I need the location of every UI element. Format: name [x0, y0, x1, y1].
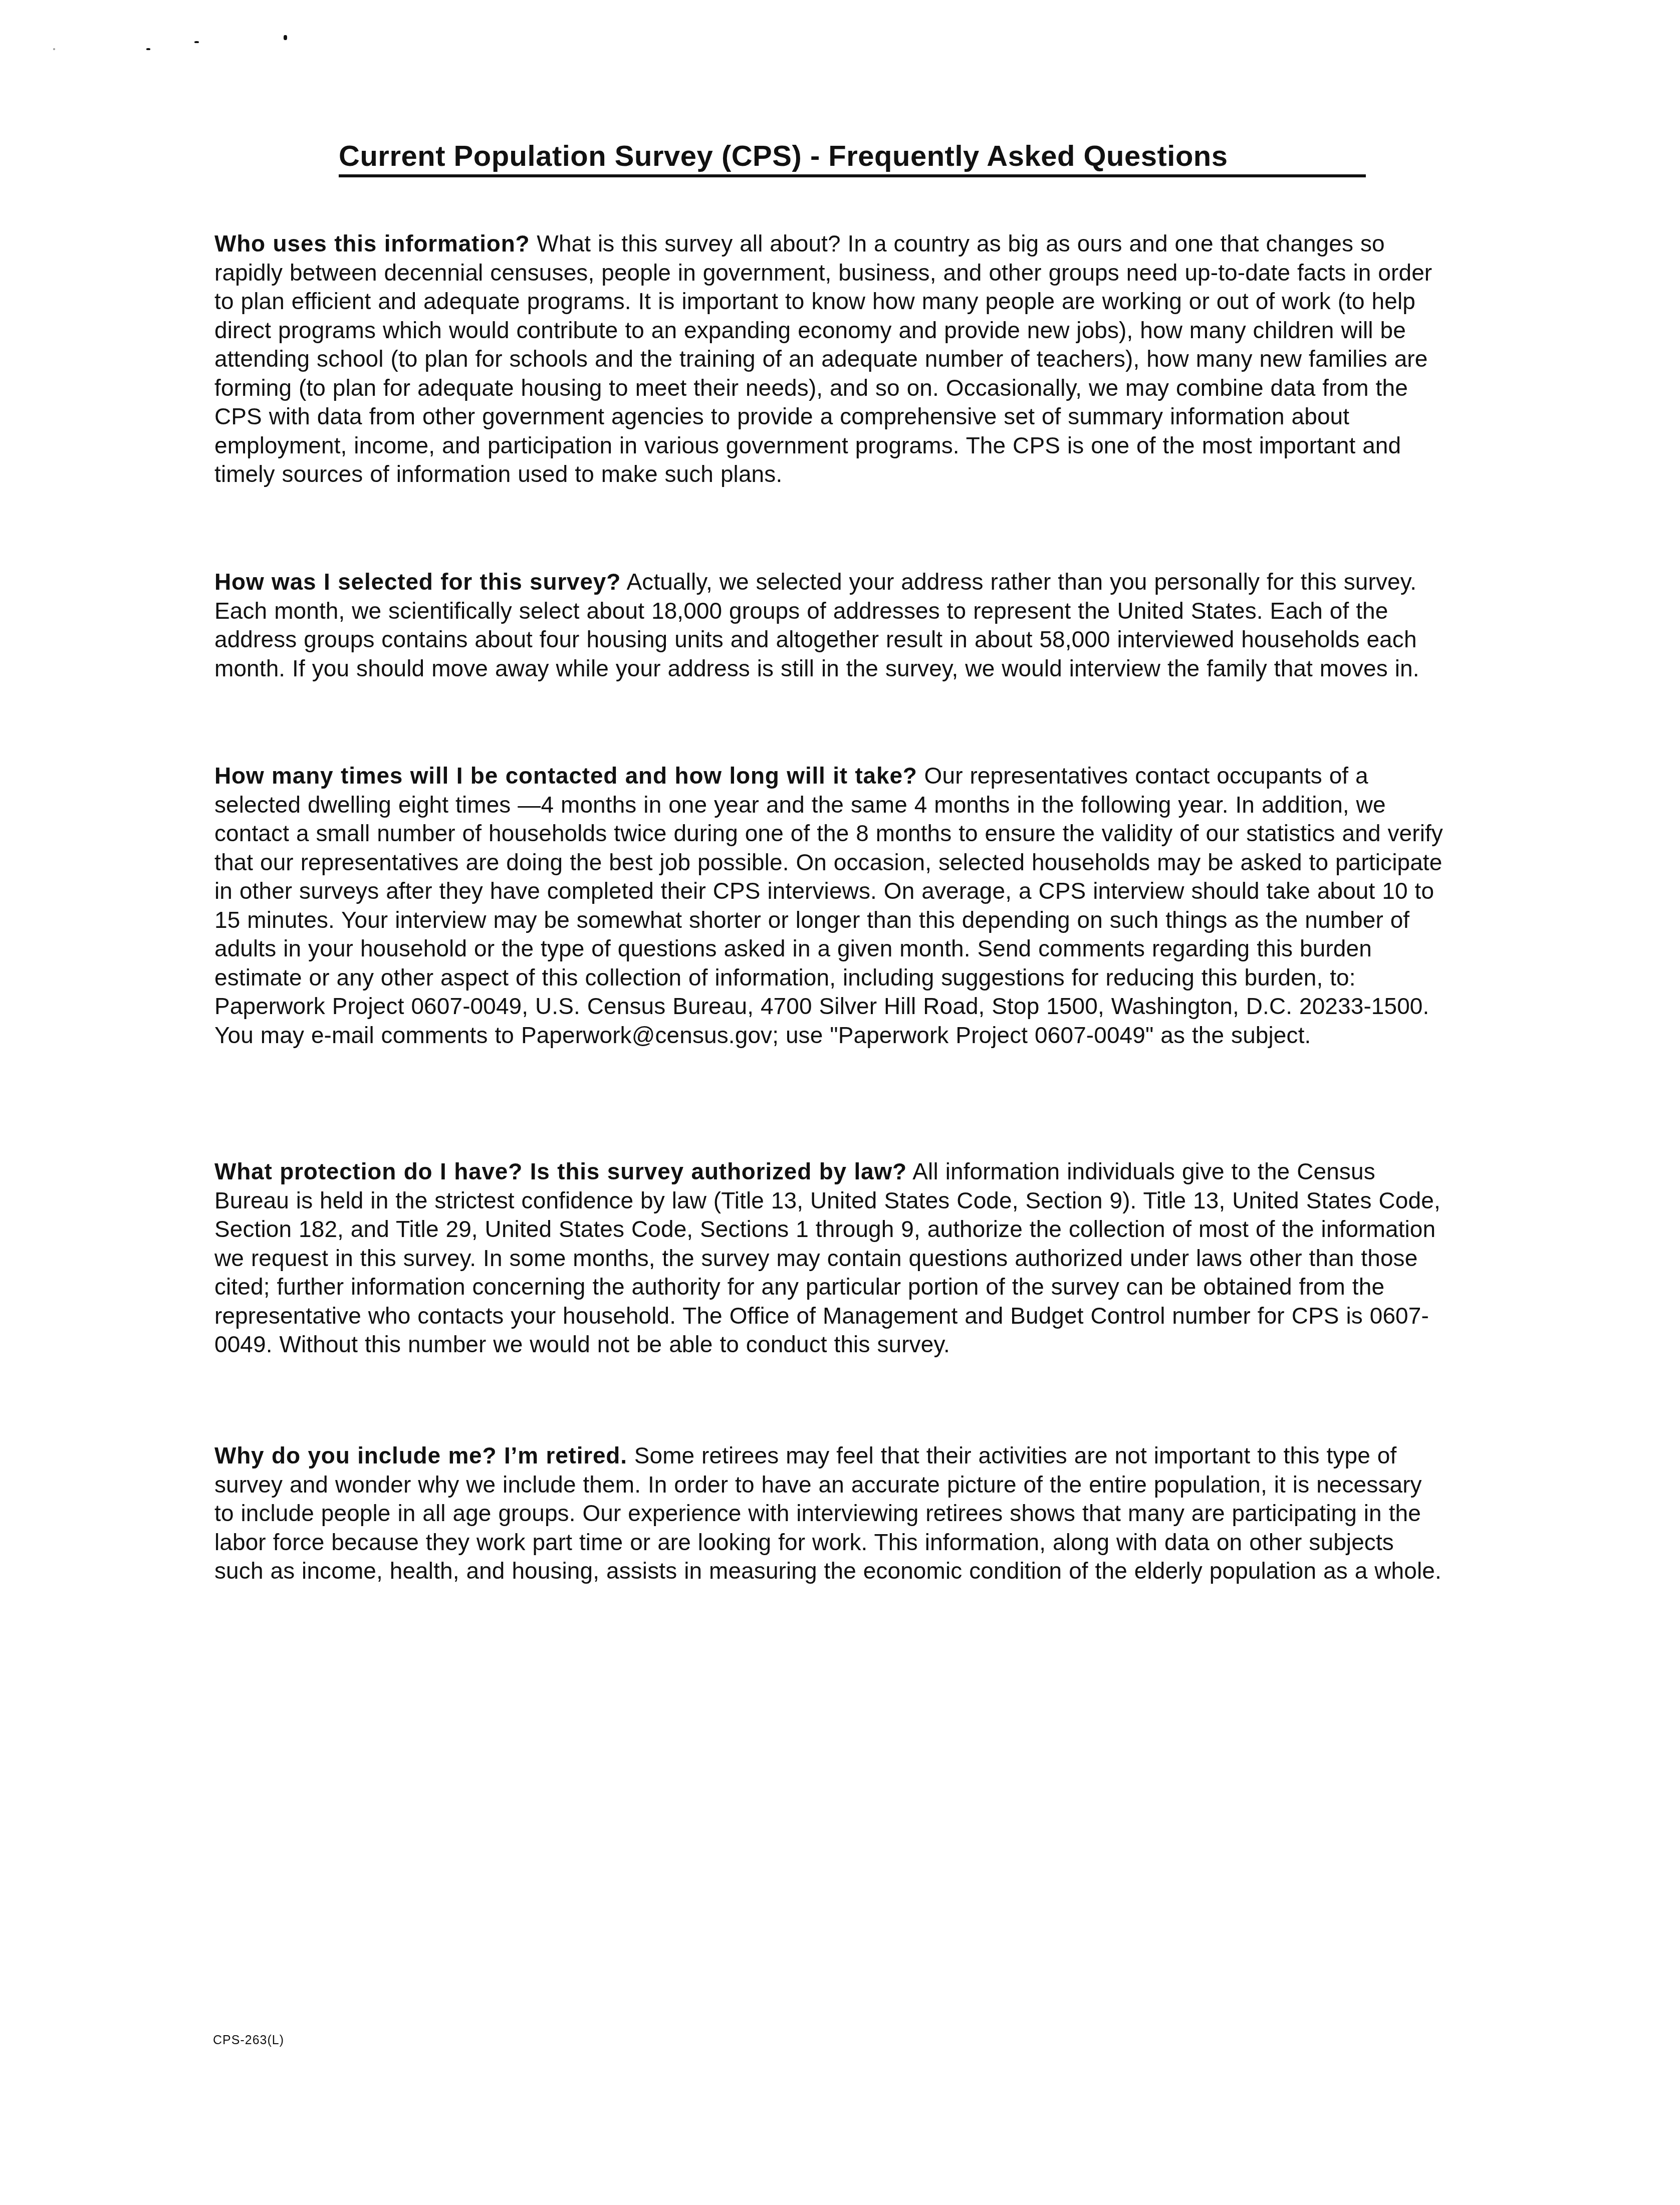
faq-question: How was I selected for this survey?: [214, 569, 621, 595]
faq-answer: All information individuals give to the …: [214, 1158, 1441, 1357]
scan-speck: [284, 35, 287, 40]
page-title: Current Population Survey (CPS) - Freque…: [339, 140, 1366, 177]
faq-question: Why do you include me? I’m retired.: [214, 1442, 627, 1468]
faq-answer: What is this survey all about? In a coun…: [214, 230, 1432, 487]
faq-who-uses: Who uses this information? What is this …: [214, 229, 1447, 489]
faq-protection-law: What protection do I have? Is this surve…: [214, 1157, 1447, 1359]
faq-contact-frequency: How many times will I be contacted and h…: [214, 762, 1447, 1050]
faq-how-selected: How was I selected for this survey? Actu…: [214, 568, 1447, 683]
faq-question: Who uses this information?: [214, 230, 530, 257]
form-code: CPS-263(L): [213, 2033, 284, 2048]
scan-speck: [194, 41, 199, 43]
faq-question: What protection do I have? Is this surve…: [214, 1158, 907, 1184]
faq-question: How many times will I be contacted and h…: [214, 763, 917, 789]
faq-retired: Why do you include me? I’m retired. Some…: [214, 1441, 1447, 1586]
scan-speck: [53, 48, 55, 50]
faq-answer: Our representatives contact occupants of…: [214, 763, 1443, 1048]
scan-speck: [146, 48, 150, 50]
scan-artifacts: [0, 0, 351, 75]
